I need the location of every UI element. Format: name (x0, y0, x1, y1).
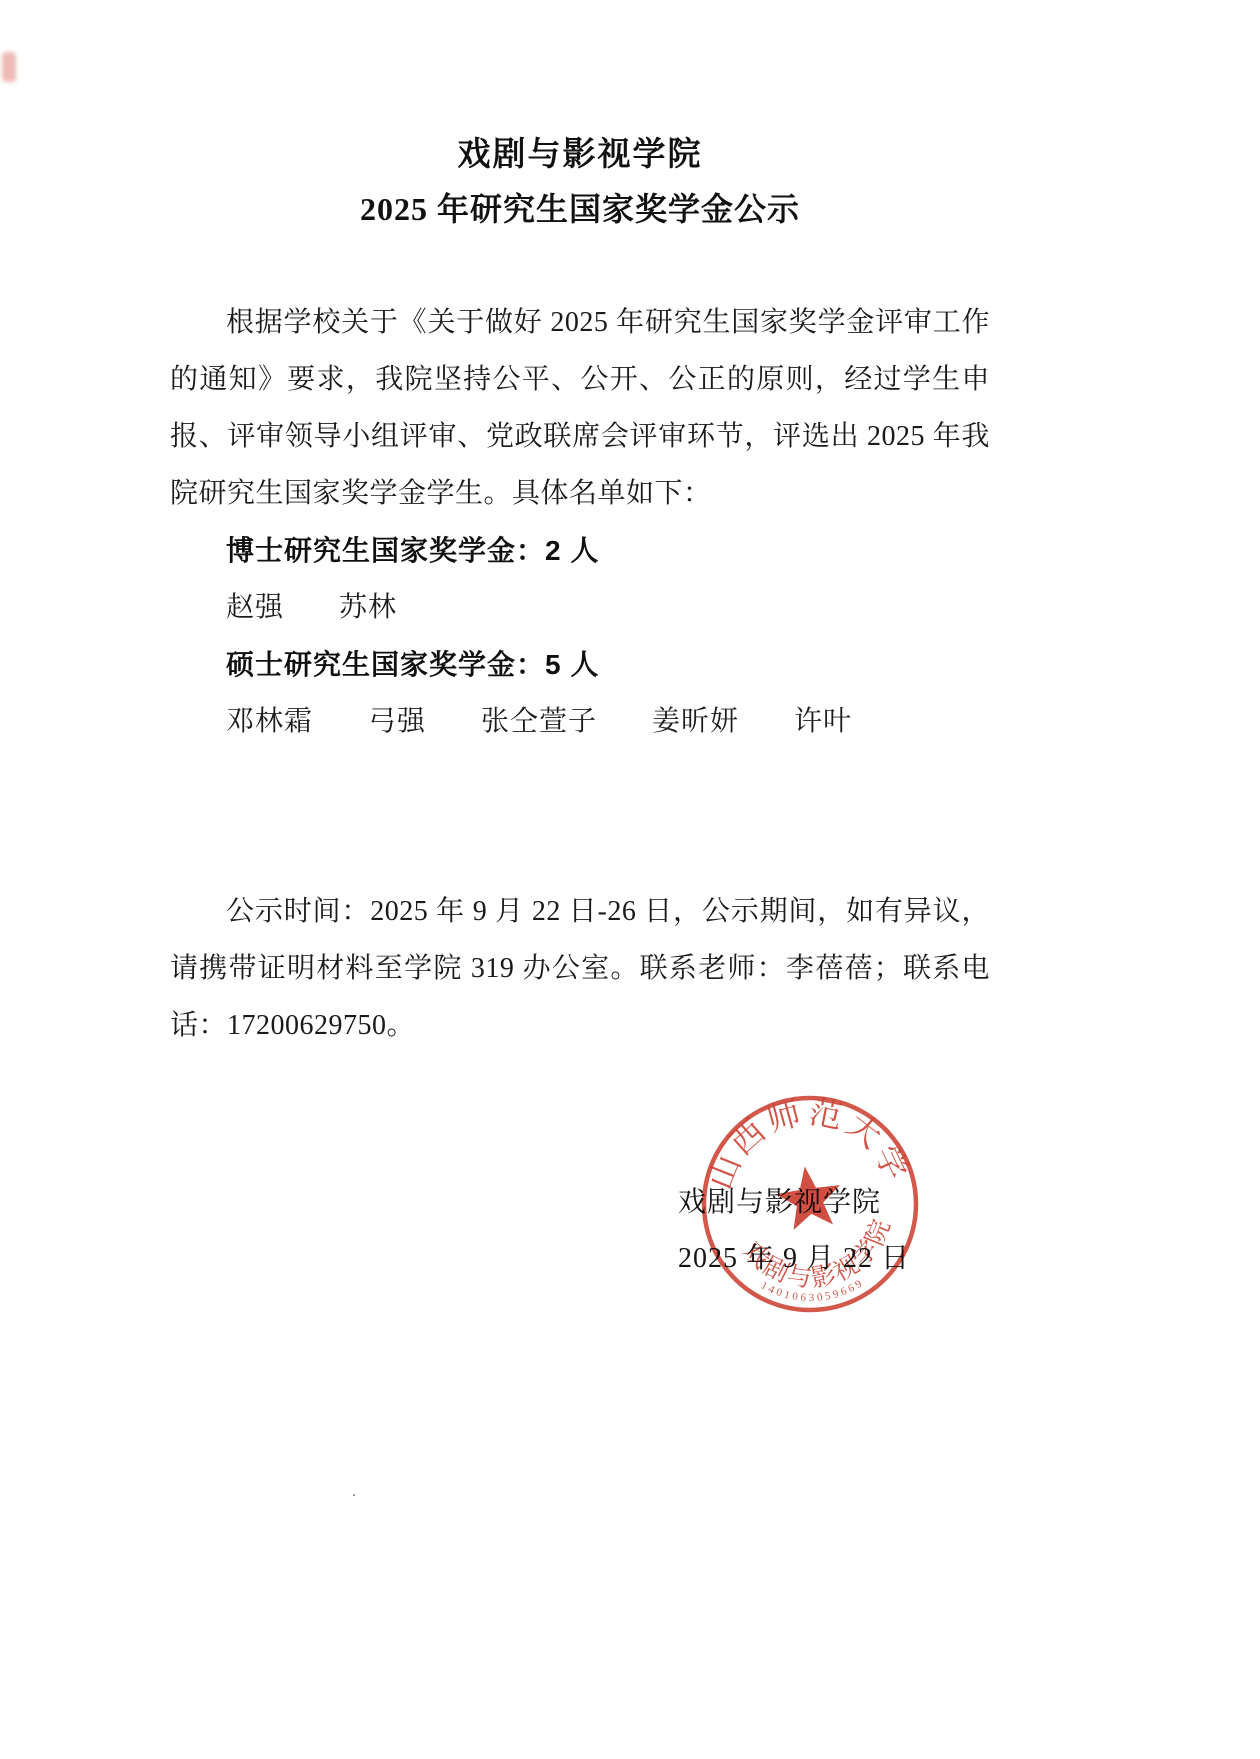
student-name: 弓强 (368, 693, 426, 750)
notice-paragraph: 公示时间：2025 年 9 月 22 日-26 日，公示期间，如有异议，请携带证… (170, 883, 990, 1054)
student-name: 张仝萱子 (481, 693, 597, 750)
document-page: 戏剧与影视学院 2025 年研究生国家奖学金公示 根据学校关于《关于做好 202… (0, 0, 1260, 1759)
master-names-row: 邓林霜 弓强 张仝萱子 姜昕妍 许叶 (170, 693, 990, 750)
student-name: 邓林霜 (226, 693, 313, 750)
page-title: 戏剧与影视学院 (170, 134, 990, 176)
student-name: 姜昕妍 (652, 693, 739, 750)
doctoral-names-row: 赵强 苏林 (170, 579, 990, 636)
student-name: 赵强 (226, 579, 284, 636)
document-content: 戏剧与影视学院 2025 年研究生国家奖学金公示 根据学校关于《关于做好 202… (170, 0, 990, 1054)
student-name: 许叶 (794, 693, 852, 750)
doctoral-heading: 博士研究生国家奖学金：2 人 (170, 522, 990, 579)
master-heading: 硕士研究生国家奖学金：5 人 (170, 636, 990, 693)
official-seal-stamp: 山西师范大学 戏剧与影视学院 1401063059669 (672, 1066, 948, 1342)
red-ink-smudge (2, 52, 16, 82)
page-subtitle: 2025 年研究生国家奖学金公示 (170, 188, 990, 230)
seal-star-icon (773, 1162, 846, 1232)
stray-mark: . (352, 1483, 356, 1501)
student-name: 苏林 (339, 579, 397, 636)
intro-paragraph: 根据学校关于《关于做好 2025 年研究生国家奖学金评审工作的通知》要求，我院坚… (170, 294, 990, 522)
